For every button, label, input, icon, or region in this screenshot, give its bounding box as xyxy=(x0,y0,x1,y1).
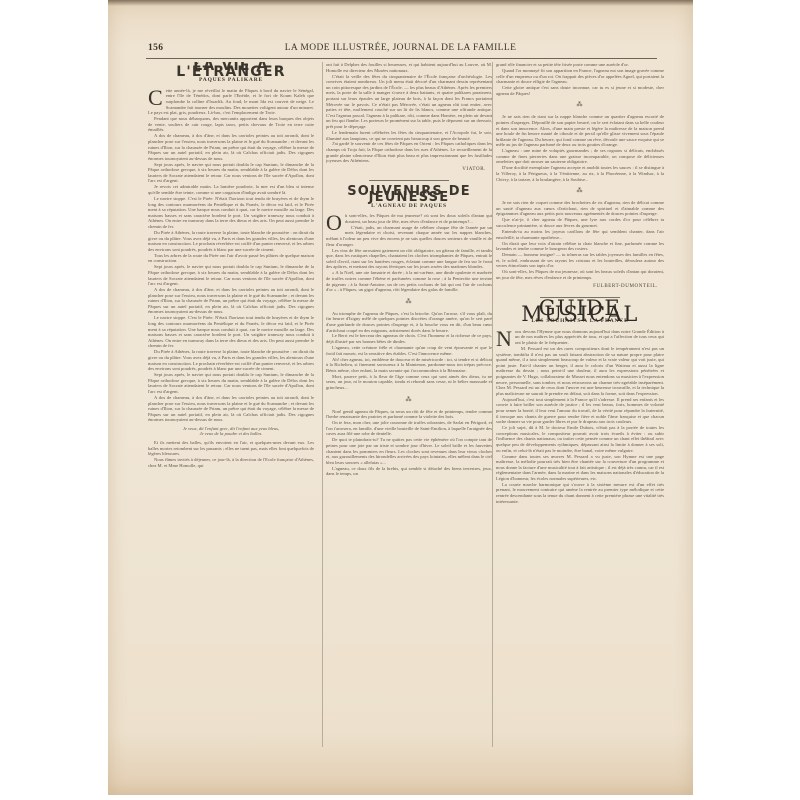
paragraph: Sept jours après, le navire qui nous por… xyxy=(148,264,314,286)
paragraph: M. Pessard est un des rares compositeurs… xyxy=(496,346,664,396)
paragraph: Nous fûmes invités à déjeuner, ce jour-l… xyxy=(148,457,314,468)
article-signature: FULBERT-DUMONTEIL. xyxy=(496,284,658,290)
paragraph: Ce joli sujet, dû à M. le docteur Emile … xyxy=(496,425,664,453)
column-divider xyxy=(322,62,323,747)
paragraph: ont fait à Delphes des fouilles si heure… xyxy=(326,62,492,73)
paragraph: Tous les arbres de la route du Pirée ont… xyxy=(148,253,314,264)
drop-cap: O xyxy=(326,214,342,232)
drop-cap: N xyxy=(496,330,512,348)
article-title: GUIDE MUSICAL xyxy=(496,306,664,317)
paragraph: Sept jours après, le navire qui nous por… xyxy=(148,162,314,184)
paragraph: Le Berri est le berceau des agneaux de c… xyxy=(326,333,492,344)
paragraph: « A la Noël, une oie famatrie et dorée ;… xyxy=(326,270,492,292)
paragraph: Entends-tu au moins les joyeux carillons… xyxy=(496,229,664,240)
paragraph: Pendant que nous débarquons, des mercant… xyxy=(148,116,314,133)
paragraph: Non! gentil agneau de Pâques, tu seras u… xyxy=(326,409,492,420)
paragraph: grand rôle financier et sa petite tête f… xyxy=(496,62,664,68)
verse-line: Je veux de la poudre et des balles. xyxy=(148,431,314,437)
page-header: 156 LA MODE ILLUSTRÉE, JOURNAL DE LA FAM… xyxy=(144,40,657,56)
paragraph: J'ai gardé le souvenir de ces fêtes de P… xyxy=(326,141,492,163)
paragraph: C'était, jadis, un charmant usage de cél… xyxy=(326,225,492,247)
paragraph: Demain — honneur insigne! — tu trôneras … xyxy=(496,252,664,269)
paragraph: On dirait que leur voix d'airain célèbre… xyxy=(496,241,664,252)
paragraph: La courte marche harmonique qui s'ouvre … xyxy=(496,482,664,504)
article-title: LA VIE A L'ÉTRANGER xyxy=(148,64,314,75)
asterism: ⁂ xyxy=(326,397,492,403)
paragraph: L'agneau : une mine de voluptés gourmand… xyxy=(496,148,664,165)
paragraph: Mort, pauvre petit, à la fleur de l'âge … xyxy=(326,374,492,391)
paragraph: Ah! cher agneau, toi, emblème de douceur… xyxy=(326,357,492,374)
article-subtitle: L'AGNEAU DE PAQUES xyxy=(326,204,492,210)
article-signature: VIATOR. xyxy=(326,167,486,173)
paragraph: Le lendemain furent célébrées les fêtes … xyxy=(326,130,492,141)
paragraph: Les vins de fête arrosaient gaiement un … xyxy=(326,248,492,270)
paragraph: L'agneau, cette créature frêle et charma… xyxy=(326,345,492,356)
article-title: SOUVENIRS DE JEUNESSE xyxy=(326,189,492,200)
paragraph: On te fera, mon cher, une jolie couronne… xyxy=(326,420,492,437)
paragraph: C'était la veille des fêtes du cinquante… xyxy=(326,74,492,130)
paragraph: Je ne sais rien de riant sur la nappe bl… xyxy=(496,114,664,148)
paragraph: Du Pirée à Athènes, la route traverse la… xyxy=(148,230,314,252)
column-3: grand rôle financier et sa petite tête f… xyxy=(496,62,664,505)
column-1: LA VIE A L'ÉTRANGER PAQUES PALIKARE Cett… xyxy=(148,62,314,469)
paragraph: Cette gloire antique t'est sans doute in… xyxy=(496,85,664,96)
paragraph: L'agneau, ce doux fils de la brebis, qui… xyxy=(326,466,492,477)
header-rule xyxy=(146,58,657,59)
section-rule xyxy=(369,180,449,181)
asterism: ⁂ xyxy=(496,188,664,194)
paragraph: A dos de chameau, à dos d'âne, et dans l… xyxy=(148,395,314,423)
paragraph: A dos de chameau, à dos d'âne, et dans l… xyxy=(148,133,314,161)
paragraph: Au triomphe de l'agneau de Pâques, c'est… xyxy=(326,311,492,333)
article-subtitle: PAQUES PALIKARE xyxy=(148,78,314,84)
column-2: ont fait à Delphes des fouilles si heure… xyxy=(326,62,492,477)
asterism: ⁂ xyxy=(496,102,664,108)
paragraph: Le navire stoppe. C'est le Pirée. N'étai… xyxy=(148,196,314,230)
paragraph: Du Pirée à Athènes, la route traverse la… xyxy=(148,349,314,371)
paragraph: De quoi te plaindrais-tu? Tu ne quittes … xyxy=(326,437,492,465)
paragraph: Où sont-elles, les Pâques de ma jeunesse… xyxy=(326,213,492,224)
paragraph: Je ne sais rien de coquet comme des broc… xyxy=(496,200,664,217)
paragraph: A dos de chameau, à dos d'âne, et dans l… xyxy=(148,287,314,315)
drop-cap: C xyxy=(148,89,163,107)
paragraph: Nous devons l'Hymne que nous donnons auj… xyxy=(496,329,664,346)
paragraph: Que n'ai-je, ô cher agneau de Pâques, un… xyxy=(496,217,664,228)
paragraph: Le navire stoppe. C'est le Pirée. N'étai… xyxy=(148,315,314,349)
column-divider xyxy=(492,62,493,747)
paragraph: Aujourd'hui, c'est tout simplement à la … xyxy=(496,397,664,425)
asterism: ⁂ xyxy=(326,299,492,305)
paragraph: Cette année-là, je me réveillai le matin… xyxy=(148,88,314,116)
paragraph: Quand l'or monnayé fit son apparition en… xyxy=(496,68,664,85)
paragraph: Où sont-elles, les Pâques de ma jeunesse… xyxy=(496,269,664,280)
paragraph: D'une docilité exemplaire l'agneau accep… xyxy=(496,165,664,182)
paragraph: Sept jours après, le navire qui nous por… xyxy=(148,372,314,394)
paragraph: Je revois cet admirable matin. La lumièr… xyxy=(148,184,314,195)
newspaper-page: 156 LA MODE ILLUSTRÉE, JOURNAL DE LA FAM… xyxy=(108,0,693,795)
paragraph: Et ils mettent des balles, qu'ils envoie… xyxy=(148,440,314,457)
paragraph: Comme dans toutes ses œuvres M. Pessard … xyxy=(496,454,664,482)
journal-title: LA MODE ILLUSTRÉE, JOURNAL DE LA FAMILLE xyxy=(144,43,657,53)
